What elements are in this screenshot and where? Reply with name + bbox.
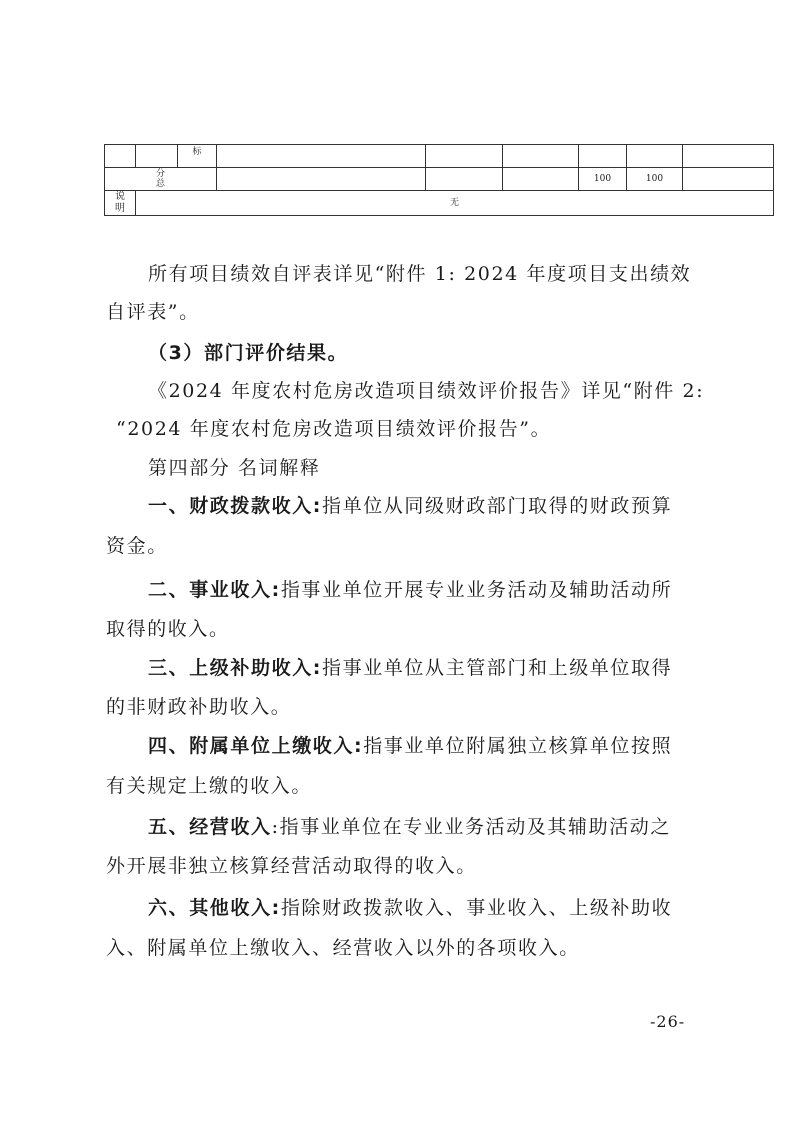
indicator-label-cell: 标 xyxy=(177,144,217,168)
term-5-line1: 五、经营收入:指事业单位在专业业务活动及其辅助活动之 xyxy=(148,815,671,839)
paragraph-attachment2-line1: 《2024 年度农村危房改造项目绩效评价报告》详见“附件 2: xyxy=(148,379,704,403)
remarks-label-bottom: 明 xyxy=(115,203,125,215)
term-4-line1: 四、附属单位上缴收入:指事业单位附属独立核算单位按照 xyxy=(148,734,672,758)
term-6-line2: 入、附属单位上缴收入、经营收入以外的各项收入。 xyxy=(106,936,580,960)
term-1-def: 指单位从同级财政部门取得的财政预算 xyxy=(322,495,672,517)
term-4-def: 指事业单位附属独立核算单位按照 xyxy=(363,735,672,757)
term-6-line1: 六、其他收入:指除财政拨款收入、事业收入、上级补助收 xyxy=(148,896,672,920)
term-4-name: 四、附属单位上缴收入: xyxy=(148,735,363,757)
table-cell xyxy=(578,144,627,168)
paragraph-attachment1-line2: 自评表”。 xyxy=(106,300,200,324)
indicator-label: 标 xyxy=(192,147,201,157)
remarks-label-top: 说 xyxy=(115,191,125,203)
score-weight: 100 xyxy=(594,174,611,184)
term-5-line2: 外开展非独立核算经营活动取得的收入。 xyxy=(106,854,477,878)
term-5-name: 五、经营收入 xyxy=(148,816,272,838)
term-2-def: 指事业单位开展专业业务活动及辅助活动所 xyxy=(281,579,672,601)
term-1-line1: 一、财政拨款收入:指单位从同级财政部门取得的财政预算 xyxy=(148,494,672,518)
term-1-name: 一、财政拨款收入: xyxy=(148,495,322,517)
table-cell xyxy=(626,144,683,168)
table-cell xyxy=(682,167,774,191)
term-2-name: 二、事业收入: xyxy=(148,579,281,601)
table-cell xyxy=(425,144,503,168)
remarks-value: 无 xyxy=(450,198,459,208)
table-cell xyxy=(104,144,136,168)
term-3-def: 指事业单位从主管部门和上级单位取得 xyxy=(322,657,672,679)
total-label-top: 分 xyxy=(156,169,165,179)
total-label-bottom: 总 xyxy=(156,179,165,189)
score-actual: 100 xyxy=(646,174,663,184)
score-weight-cell: 100 xyxy=(578,167,627,191)
paragraph-attachment1-line1: 所有项目绩效自评表详见“附件 1: 2024 年度项目支出绩效 xyxy=(148,262,691,286)
term-1-line2: 资金。 xyxy=(106,534,168,558)
table-cell xyxy=(135,144,178,168)
table-cell xyxy=(502,144,579,168)
table-cell xyxy=(502,167,579,191)
score-actual-cell: 100 xyxy=(626,167,683,191)
remarks-value-cell: 无 xyxy=(135,190,774,216)
table-cell xyxy=(425,167,503,191)
table-cell xyxy=(682,144,774,168)
paragraph-attachment2-line2: “2024 年度农村危房改造项目绩效评价报告”。 xyxy=(116,417,551,441)
term-2-line1: 二、事业收入:指事业单位开展专业业务活动及辅助活动所 xyxy=(148,578,672,602)
page-number: -26- xyxy=(650,1012,685,1031)
term-3-name: 三、上级补助收入: xyxy=(148,657,322,679)
term-4-line2: 有关规定上缴的收入。 xyxy=(106,774,312,798)
table-cell xyxy=(216,167,426,191)
heading-dept-evaluation: （3）部门评价结果。 xyxy=(148,341,348,365)
performance-table: 标 分 总 100 100 说 明 无 xyxy=(104,144,774,216)
term-2-line2: 取得的收入。 xyxy=(106,617,230,641)
table-cell xyxy=(216,144,426,168)
term-5-def: :指事业单位在专业业务活动及其辅助活动之 xyxy=(272,816,671,838)
total-score-label-cell: 分 总 xyxy=(104,167,217,191)
term-6-def: 指除财政拨款收入、事业收入、上级补助收 xyxy=(281,897,672,919)
remarks-label-cell: 说 明 xyxy=(104,190,136,216)
section-title: 第四部分 名词解释 xyxy=(148,456,320,480)
term-3-line1: 三、上级补助收入:指事业单位从主管部门和上级单位取得 xyxy=(148,656,672,680)
term-3-line2: 的非财政补助收入。 xyxy=(106,695,291,719)
term-6-name: 六、其他收入: xyxy=(148,897,281,919)
